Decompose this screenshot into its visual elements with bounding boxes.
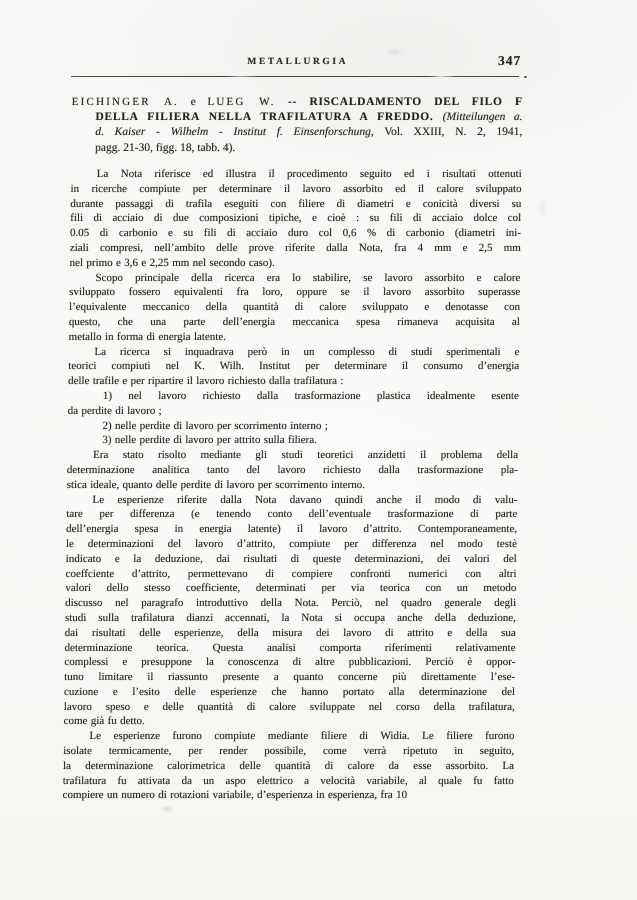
text-line: complessi e presuppone la conoscenza di … — [64, 655, 515, 670]
paragraph: Le esperienze riferite dalla Nota davano… — [63, 493, 517, 730]
paragraph: La ricerca si inquadrava però in un comp… — [68, 345, 520, 389]
reference-segment: pagg. 21-30, figg. 18, tabb. 4). — [95, 142, 235, 154]
text-line: dell’energia spesa in energia latente) i… — [66, 522, 517, 537]
text-line: durante passaggi di trafila eseguiti con… — [70, 197, 521, 212]
header-rule — [71, 76, 519, 77]
text-line: stica ideale, quanto delle perdite di la… — [67, 478, 518, 493]
page-number: 347 — [498, 53, 521, 69]
text-line: nel primo e 3,6 e 2,25 mm nel secondo ca… — [69, 256, 520, 271]
reference-line: DELLA FILIERA NELLA TRAFILATURA A FREDDO… — [71, 110, 522, 125]
paragraph: Era stato risolto mediante gli studi teo… — [67, 448, 519, 492]
paragraph: 2) nelle perdite di lavoro per scorrimen… — [67, 419, 518, 434]
paragraph: 3) nelle perdite di lavoro per attrito s… — [67, 433, 518, 448]
abstract-body: La Nota riferisce ed illustra il procedi… — [62, 167, 521, 803]
reference-segment: d. Kaiser - Wilhelm - Institut f. Einsen… — [95, 126, 371, 138]
text-line: la determinazione calorimetrica delle qu… — [63, 759, 514, 774]
text-line: 2) nelle perdite di lavoro per scorrimen… — [67, 419, 518, 434]
text-line: Era stato risolto mediante gli studi teo… — [67, 448, 518, 463]
text-line: in ricerche compiute per determinare il … — [70, 182, 521, 197]
reference-segment: DELLA FILIERA NELLA TRAFILATURA A FREDDO… — [95, 111, 442, 123]
reference-segment: -- — [276, 96, 310, 108]
text-line: sviluppato fossero equivalenti fra loro,… — [69, 285, 520, 300]
text-line: l’equivalente meccanico della quantità d… — [69, 300, 520, 315]
text-line: lavoro speso e delle quantità di calore … — [64, 700, 515, 715]
paragraph: Le esperienze furono compiute mediante f… — [62, 729, 514, 803]
reference-entry: EICHINGER A. e LUEG W. -- RISCALDAMENTO … — [71, 95, 523, 156]
text-line: le determinazioni del lavoro d’attrito, … — [66, 537, 517, 552]
text-line: La ricerca si inquadrava però in un comp… — [68, 345, 519, 360]
text-line: Le esperienze riferite dalla Nota davano… — [66, 493, 517, 508]
text-line: dai risultati delle esperienze, della mi… — [65, 626, 516, 641]
text-line: 1) nel lavoro richiesto dalla trasformaz… — [68, 389, 519, 404]
text-line: coeffciente d’attrito, permettevano di c… — [65, 567, 516, 582]
paragraph: 1) nel lavoro richiesto dalla trasformaz… — [68, 389, 519, 419]
reference-segment: RISCALDAMENTO DEL FILO F — [309, 96, 522, 108]
reference-segment: e — [179, 96, 208, 108]
reference-segment: EICHINGER A. — [72, 96, 179, 108]
text-line: valori dello stesso coefficiente, determ… — [65, 581, 516, 596]
text-line: determinazione teorica. Questa analisi c… — [64, 641, 515, 656]
text-line: tuno limitare il riassunto presente a qu… — [64, 670, 515, 685]
reference-line: pagg. 21-30, figg. 18, tabb. 4). — [71, 141, 522, 156]
text-line: indicato e la deduzione, dai risultati d… — [66, 552, 517, 567]
text-line: La Nota riferisce ed illustra il procedi… — [71, 167, 522, 182]
text-line: teorici compiuti nel K. Wilh. Institut p… — [68, 359, 519, 374]
text-line: studi sulla trafilatura dianzi accennati… — [65, 611, 516, 626]
reference-segment: (Mitteilungen a. — [443, 111, 523, 123]
paragraph: La Nota riferisce ed illustra il procedi… — [69, 167, 521, 271]
scan-smudge — [538, 195, 548, 221]
text-line: fili di acciaio di due composizioni tipi… — [70, 211, 521, 226]
text-line: ziali compresi, nell’ambito delle prove … — [70, 241, 521, 256]
reference-segment: LUEG W. — [207, 96, 275, 108]
header-rule-dot — [524, 76, 527, 78]
text-line: 0.05 di carbonio e su fili di acciaio du… — [70, 226, 521, 241]
text-line: determinazione analitica tanto del lavor… — [67, 463, 518, 478]
text-line: Scopo principale della ricerca era lo st… — [69, 271, 520, 286]
text-line: isolate termicamente, per render possibi… — [63, 744, 514, 759]
paragraph: Scopo principale della ricerca era lo st… — [68, 271, 520, 345]
scanned-journal-page: METALLURGIA 347 EICHINGER A. e LUEG W. -… — [0, 0, 637, 900]
text-line: cuzione e l’esito delle esperienze che h… — [64, 685, 515, 700]
running-head-journal-title: METALLURGIA — [72, 57, 523, 67]
text-line: metallo in forma di energia latente. — [68, 330, 519, 345]
reference-line: EICHINGER A. e LUEG W. -- RISCALDAMENTO … — [72, 95, 523, 110]
page-content: METALLURGIA 347 EICHINGER A. e LUEG W. -… — [61, 0, 524, 900]
text-line: trafilatura fu attivata da un aspo elett… — [63, 774, 514, 789]
text-line: compiere un numero di rotazioni variabil… — [62, 788, 513, 803]
reference-segment: , Vol. XXIII, N. 2, 1941, — [371, 126, 523, 138]
text-line: da perdite di lavoro ; — [68, 404, 519, 419]
text-line: 3) nelle perdite di lavoro per attrito s… — [67, 433, 518, 448]
text-line: tare per differenza (e tenendo conto del… — [66, 507, 517, 522]
text-line: delle trafile e per ripartire il lavoro … — [68, 374, 519, 389]
reference-line: d. Kaiser - Wilhelm - Institut f. Einsen… — [71, 125, 522, 140]
text-line: discusso nel paragrafo introduttivo dell… — [65, 596, 516, 611]
text-line: come già fu detto. — [63, 714, 514, 729]
text-line: Le esperienze furono compiute mediante f… — [63, 729, 514, 744]
text-line: questo, che una parte dell’energia mecca… — [69, 315, 520, 330]
